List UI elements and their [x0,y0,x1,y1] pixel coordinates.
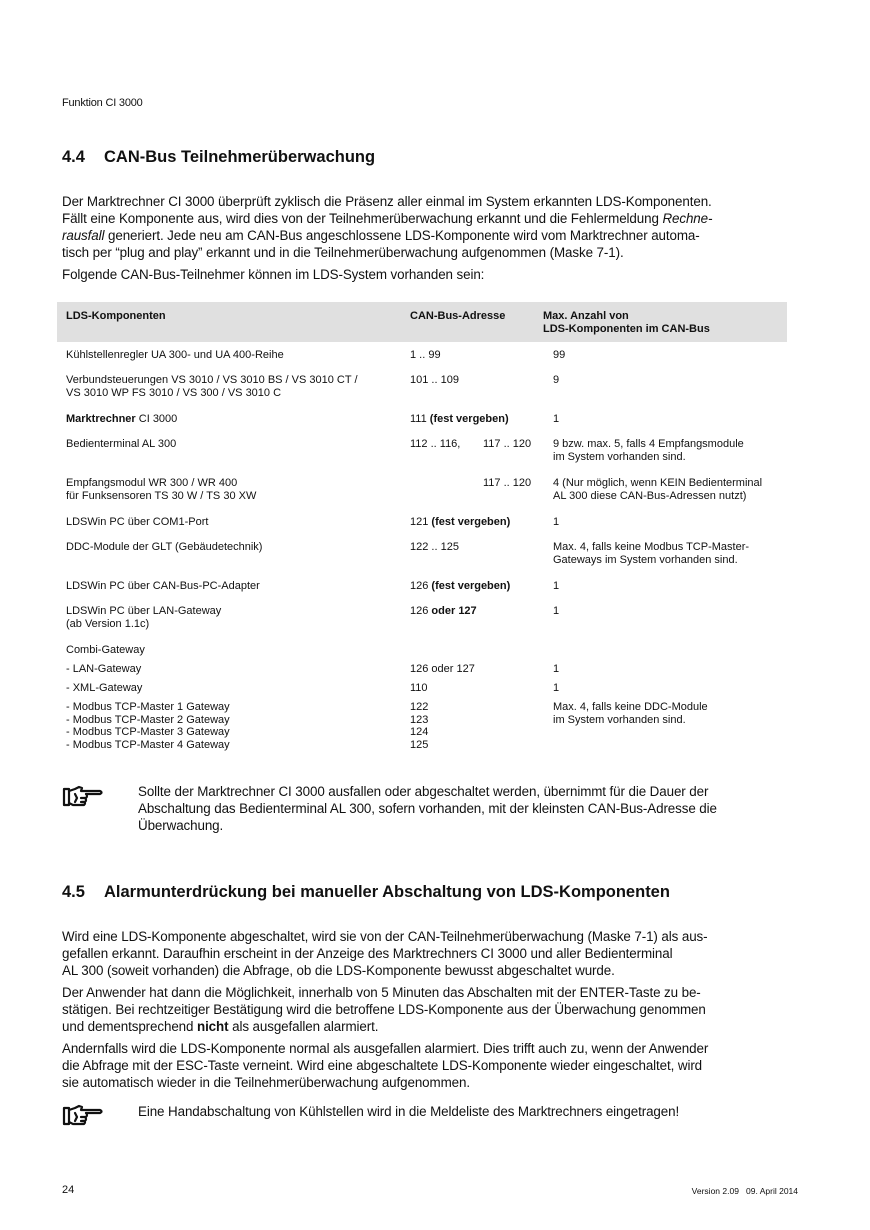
section-heading-4-5: 4.5Alarmunterdrückung bei manueller Absc… [62,883,670,902]
cell-max-count: Max. 4, falls keine Modbus TCP-Master-Ga… [553,541,749,566]
header-can-bus-adresse: CAN-Bus-Adresse [410,310,505,323]
cell-line: (ab Version 1.1c) [66,618,149,630]
cell-component: Marktrechner CI 3000 [66,413,177,426]
cell-line: Verbundsteuerungen VS 3010 / VS 3010 BS … [66,374,358,386]
text-line: tisch per “plug and play” erkannt und in… [62,245,624,260]
text-line: Der Anwender hat dann die Möglichkeit, i… [62,985,701,1000]
pointing-hand-icon [62,1103,106,1134]
section-title: CAN-Bus Teilnehmerüberwachung [104,148,375,166]
cell-line: VS 3010 WP FS 3010 / VS 300 / VS 3010 C [66,387,281,399]
cell-component: Combi-Gateway [66,644,145,657]
cell-component: - Modbus TCP-Master 1 Gateway - Modbus T… [66,701,230,751]
error-message-name: Rechne- [662,211,712,226]
cell-component: DDC-Module der GLT (Gebäudetechnik) [66,541,262,554]
cell-max-count: 1 [553,682,559,695]
cell-component: LDSWin PC über COM1-Port [66,516,208,529]
cell-line: Gateways im System vorhanden sind. [553,554,738,566]
can-bus-participants-table: LDS-Komponenten CAN-Bus-Adresse Max. Anz… [57,302,787,342]
text-line: Andernfalls wird die LDS-Komponente norm… [62,1041,708,1056]
cell-max-count: 4 (Nur möglich, wenn KEIN Bedienterminal… [553,477,762,502]
header-line: Max. Anzahl von [543,310,629,322]
emphasis: nicht [197,1019,229,1034]
cell-component: LDSWin PC über LAN-Gateway(ab Version 1.… [66,605,221,630]
cell-address: 1 .. 99 [410,349,441,362]
cell-address: 117 .. 120 [483,477,531,490]
section-title: Alarmunterdrückung bei manueller Abschal… [104,883,670,901]
cell-line: AL 300 diese CAN-Bus-Adressen nutzt) [553,490,746,502]
cell-line: - Modbus TCP-Master 4 Gateway [66,739,230,751]
cell-line: für Funksensoren TS 30 W / TS 30 XW [66,490,256,502]
cell-component: Kühlstellenregler UA 300- und UA 400-Rei… [66,349,284,362]
cell-max-count: Max. 4, falls keine DDC-Moduleim System … [553,701,708,726]
section-heading-4-4: 4.4CAN-Bus Teilnehmerüberwachung [62,148,375,167]
text-line: sie automatisch wieder in die Teilnehmer… [62,1075,470,1090]
cell-max-count: 9 [553,374,559,387]
cell-address: 126 oder 127 [410,663,475,676]
section-number: 4.4 [62,148,104,167]
text-line: Abschaltung das Bedienterminal AL 300, s… [138,801,717,816]
cell-address: 122 123 124 125 [410,701,428,751]
error-message-name: rausfall [62,228,104,243]
cell-max-count: 1 [553,413,559,426]
text-line: Sollte der Marktrechner CI 3000 ausfalle… [138,784,708,799]
cell-line: 121 [410,516,431,528]
paragraph-1: Wird eine LDS-Komponente abgeschaltet, w… [62,928,792,979]
text-line: und dementsprechend [62,1019,197,1034]
cell-line: Max. 4, falls keine DDC-Module [553,701,708,713]
cell-address: 112 .. 116, [410,438,460,451]
cell-address: 110 [410,682,428,695]
cell-max-count: 1 [553,605,559,618]
cell-component: - XML-Gateway [66,682,142,695]
note-ci3000-failover: Sollte der Marktrechner CI 3000 ausfalle… [138,783,788,834]
section-number: 4.5 [62,883,104,902]
page-number: 24 [62,1184,74,1196]
cell-component: Bedienterminal AL 300 [66,438,176,451]
cell-line: - Modbus TCP-Master 3 Gateway [66,726,230,738]
header-lds-komponenten: LDS-Komponenten [66,310,166,323]
cell-bold: oder 127 [431,605,476,617]
cell-line: 126 [410,580,431,592]
cell-address-2: 117 .. 120 [483,438,531,451]
cell-component: Empfangsmodul WR 300 / WR 400für Funksen… [66,477,256,502]
cell-line: 126 [410,605,431,617]
text-line: Wird eine LDS-Komponente abgeschaltet, w… [62,929,708,944]
cell-line: 111 [410,413,430,425]
paragraph-2: Der Anwender hat dann die Möglichkeit, i… [62,984,792,1035]
cell-line: 4 (Nur möglich, wenn KEIN Bedienterminal [553,477,762,489]
text-line: die Abfrage mit der ESC-Taste verneint. … [62,1058,702,1073]
cell-line: 124 [410,726,428,738]
cell-max-count: 1 [553,516,559,529]
text-line: Fällt eine Komponente aus, wird dies von… [62,211,662,226]
header-line: LDS-Komponenten im CAN-Bus [543,323,710,335]
cell-address: 122 .. 125 [410,541,459,554]
cell-max-count: 1 [553,580,559,593]
cell-address: 126 oder 127 [410,605,477,618]
text-line: stätigen. Bei rechtzeitiger Bestätigung … [62,1002,706,1017]
cell-max-count: 9 bzw. max. 5, falls 4 Empfangsmoduleim … [553,438,744,463]
cell-component: Verbundsteuerungen VS 3010 / VS 3010 BS … [66,374,358,399]
cell-line: - Modbus TCP-Master 1 Gateway [66,701,230,713]
cell-line: 9 bzw. max. 5, falls 4 Empfangsmodule [553,438,744,450]
header-max-anzahl: Max. Anzahl von LDS-Komponenten im CAN-B… [543,310,710,336]
cell-line: im System vorhanden sind. [553,451,686,463]
section-4-5-body: Wird eine LDS-Komponente abgeschaltet, w… [62,928,792,1091]
text-line: als ausgefallen alarmiert. [228,1019,378,1034]
note-manual-shutdown: Eine Handabschaltung von Kühlstellen wir… [138,1103,788,1120]
intro-paragraph: Der Marktrechner CI 3000 überprüft zykli… [62,193,792,283]
cell-line: 125 [410,739,428,751]
cell-bold: Marktrechner [66,413,136,425]
text-line: Der Marktrechner CI 3000 überprüft zykli… [62,194,712,209]
pointing-hand-icon [62,784,106,815]
cell-line: - Modbus TCP-Master 2 Gateway [66,714,230,726]
cell-address: 121 (fest vergeben) [410,516,510,529]
cell-max-count: 99 [553,349,565,362]
cell-component: LDSWin PC über CAN-Bus-PC-Adapter [66,580,260,593]
text-line: generiert. Jede neu am CAN-Bus angeschlo… [104,228,699,243]
cell-address: 126 (fest vergeben) [410,580,510,593]
cell-line: 122 [410,701,428,713]
text-line: Überwachung. [138,818,223,833]
paragraph-3: Andernfalls wird die LDS-Komponente norm… [62,1040,792,1091]
cell-line: im System vorhanden sind. [553,714,686,726]
running-header: Funktion CI 3000 [62,97,143,109]
cell-max-count: 1 [553,663,559,676]
cell-bold: (fest vergeben) [431,516,510,528]
text-line: gefallen erkannt. Daraufhin erscheint in… [62,946,673,961]
version-info: Version 2.09 09. April 2014 [692,1186,798,1196]
cell-bold: (fest vergeben) [431,580,510,592]
text-line: AL 300 (soweit vorhanden) die Abfrage, o… [62,963,615,978]
cell-address: 101 .. 109 [410,374,459,387]
table-header: LDS-Komponenten CAN-Bus-Adresse Max. Anz… [57,302,787,342]
cell-component: - LAN-Gateway [66,663,141,676]
cell-line: 123 [410,714,428,726]
cell-line: CI 3000 [136,413,178,425]
cell-address: 111 (fest vergeben) [410,413,509,426]
cell-line: Max. 4, falls keine Modbus TCP-Master- [553,541,749,553]
cell-bold: (fest vergeben) [430,413,509,425]
cell-line: Empfangsmodul WR 300 / WR 400 [66,477,237,489]
lead-in: Folgende CAN-Bus-Teilnehmer können im LD… [62,266,792,283]
cell-line: LDSWin PC über LAN-Gateway [66,605,221,617]
